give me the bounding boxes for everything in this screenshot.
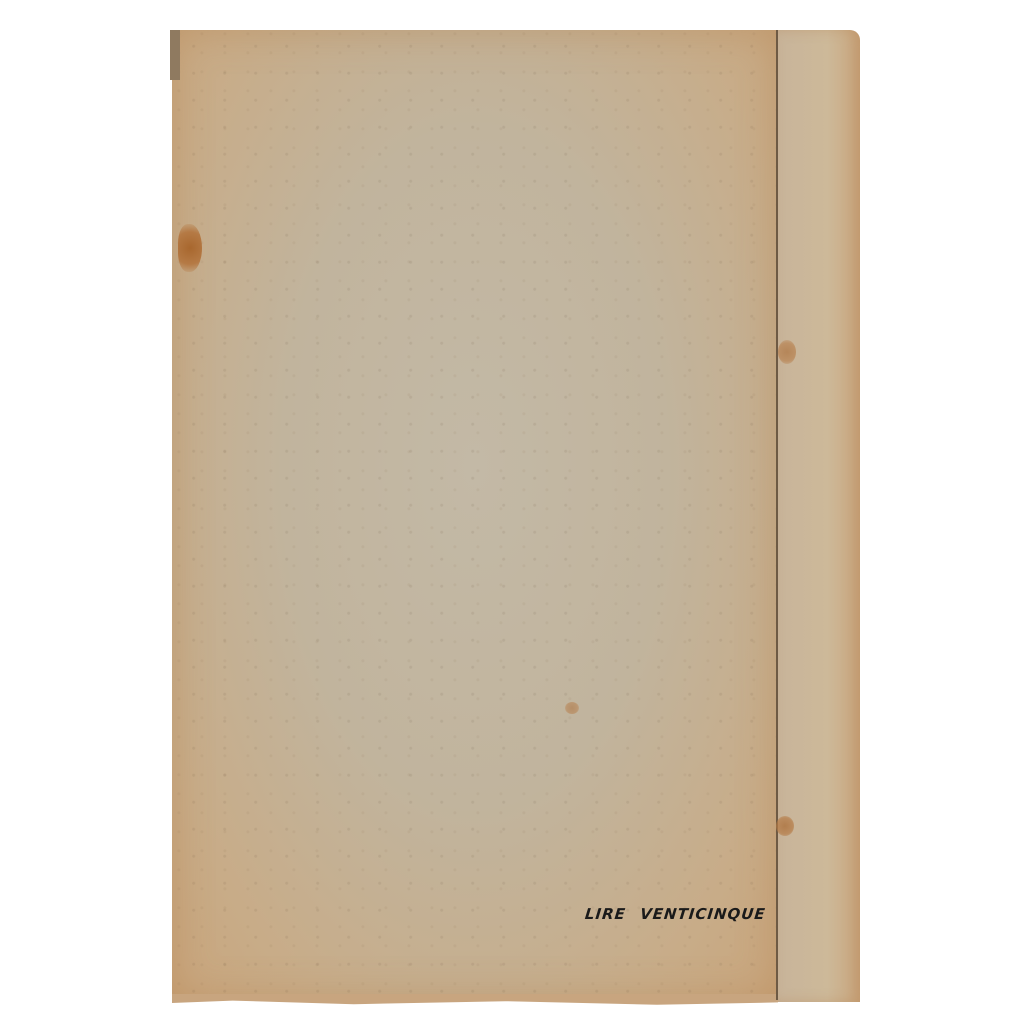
book-back-cover [172, 30, 778, 1000]
damaged-spine-edge [170, 30, 180, 80]
stain-mark [565, 702, 579, 714]
cover-flap [778, 30, 860, 1002]
price-label: LIRE VENTICINQUE [584, 905, 767, 923]
stain-mark [178, 224, 202, 272]
fold-line [776, 30, 778, 1000]
torn-bottom-edge [172, 994, 778, 1006]
stain-mark [778, 340, 796, 364]
stain-mark [776, 816, 794, 836]
